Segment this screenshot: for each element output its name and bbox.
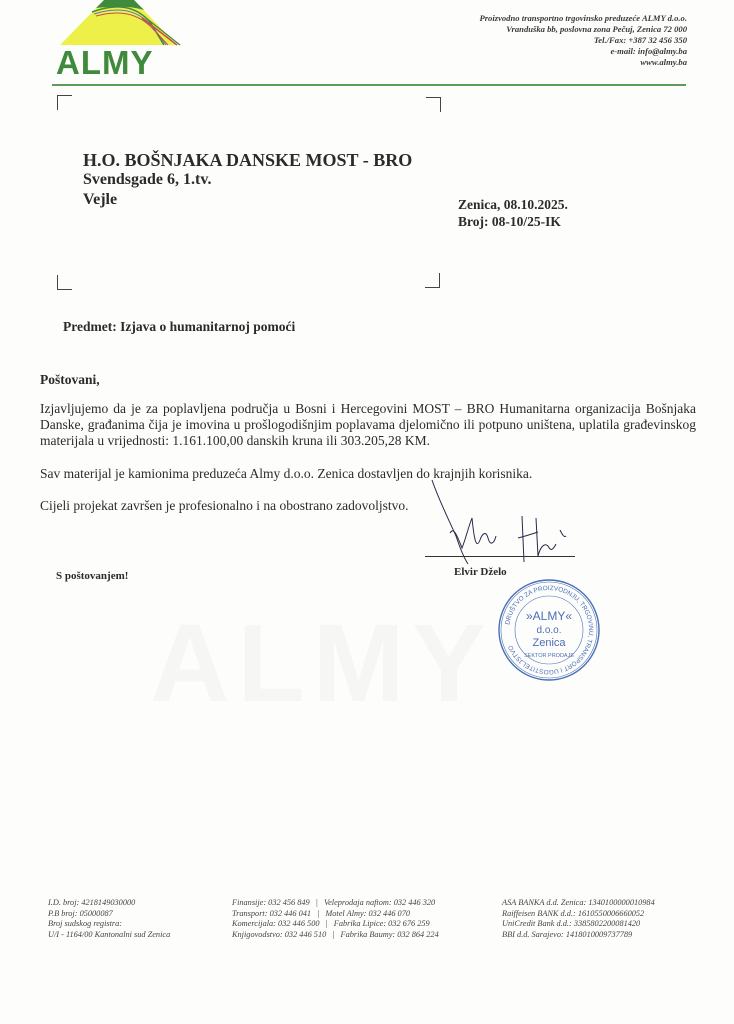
footer-phone-row: Finansije: 032 456 849|Veleprodaja nafto… — [232, 898, 439, 909]
footer-phone-row: Komercijala: 032 446 500|Fabrika Lipice:… — [232, 919, 439, 930]
recipient-city: Vejle — [83, 190, 412, 210]
corner-mark-bottom-right — [425, 273, 440, 288]
logo-mountain-icon — [52, 0, 187, 50]
corner-mark-top-right — [426, 97, 441, 112]
company-website: www.almy.ba — [479, 57, 687, 68]
stamp-city: Zenica — [532, 637, 566, 649]
separator: | — [320, 919, 334, 930]
date-block: Zenica, 08.10.2025. Broj: 08-10/25-IK — [458, 196, 568, 230]
reference-number: Broj: 08-10/25-IK — [458, 213, 568, 230]
paragraph-completion: Cijeli projekat završen je profesionalno… — [40, 498, 696, 514]
footer-bank-account: BBI d.d. Sarajevo: 1418010009737789 — [502, 930, 655, 941]
footer-pb-number: P.B broj: 05000087 — [48, 909, 170, 920]
logo-text: ALMY — [56, 44, 154, 82]
footer-phone: Finansije: 032 456 849 — [232, 898, 310, 907]
footer-banks: ASA BANKA d.d. Zenica: 1340100000010984 … — [502, 898, 655, 940]
header-rule — [52, 84, 686, 86]
footer-court-registry: U/I - 1164/00 Kantonalni sud Zenica — [48, 930, 170, 941]
recipient-block: H.O. BOŠNJAKA DANSKE MOST - BRO Svendsga… — [83, 150, 412, 210]
footer-phones: Finansije: 032 456 849|Veleprodaja nafto… — [232, 898, 439, 940]
signer-name: Elvir Dželo — [454, 566, 507, 578]
paragraph-declaration: Izjavljujemo da je za poplavljena područ… — [40, 401, 696, 449]
footer-id-number: I.D. broj: 4218149030000 — [48, 898, 170, 909]
recipient-name: H.O. BOŠNJAKA DANSKE MOST - BRO — [83, 150, 412, 170]
footer-phone: Motel Almy: 032 446 070 — [325, 909, 410, 918]
separator: | — [326, 930, 340, 941]
stamp-sector: SEKTOR PRODAJE — [524, 653, 574, 659]
footer-phone-row: Transport: 032 446 041|Motel Almy: 032 4… — [232, 909, 439, 920]
stamp-doo: d.o.o. — [536, 625, 561, 636]
signature-line — [425, 556, 575, 557]
greeting: Poštovani, — [40, 372, 100, 388]
separator: | — [311, 909, 325, 920]
corner-mark-top-left — [57, 95, 72, 110]
company-address: Vranduška bb, poslovna zona Pečuj, Zenic… — [479, 24, 687, 35]
footer-bank-account: Raiffeisen BANK d.d.: 1610550006660052 — [502, 909, 655, 920]
company-phone: Tel./Fax: +387 32 456 350 — [479, 35, 687, 46]
footer-phone: Fabrika Baumy: 032 864 224 — [341, 930, 439, 939]
handwritten-signature-icon — [410, 478, 590, 568]
footer-registration: I.D. broj: 4218149030000 P.B broj: 05000… — [48, 898, 170, 940]
footer-phone: Fabrika Lipice: 032 676 259 — [334, 919, 430, 928]
footer-phone-row: Knjigovodstvo: 032 446 510|Fabrika Baumy… — [232, 930, 439, 941]
footer-phone: Transport: 032 446 041 — [232, 909, 311, 918]
footer-bank-account: ASA BANKA d.d. Zenica: 1340100000010984 — [502, 898, 655, 909]
almy-logo: ALMY — [52, 0, 187, 80]
footer-bank-account: UniCredit Bank d.d.: 3385802200081420 — [502, 919, 655, 930]
recipient-address: Svendsgade 6, 1.tv. — [83, 170, 412, 190]
company-email: e-mail: info@almy.ba — [479, 46, 687, 57]
company-info: Proizvodno transportno trgovinsko preduz… — [479, 13, 687, 68]
paragraph-delivery: Sav materijal je kamionima preduzeća Alm… — [40, 466, 696, 482]
company-name: Proizvodno transportno trgovinsko preduz… — [479, 13, 687, 24]
corner-mark-bottom-left — [57, 275, 72, 290]
footer-court-registry-label: Broj sudskog registra: — [48, 919, 170, 930]
footer-phone: Veleprodaja naftom: 032 446 320 — [324, 898, 435, 907]
watermark: ALMY — [150, 600, 494, 727]
separator: | — [310, 898, 324, 909]
place-date: Zenica, 08.10.2025. — [458, 196, 568, 213]
closing: S poštovanjem! — [56, 570, 128, 582]
subject-line: Predmet: Izjava o humanitarnoj pomoći — [63, 319, 295, 335]
stamp-brand: »ALMY« — [526, 609, 572, 623]
footer-phone: Komercijala: 032 446 500 — [232, 919, 320, 928]
company-stamp-icon: DRUŠTVO ZA PROIZVODNJU, TRGOVINU, TRANSP… — [497, 578, 601, 682]
footer-phone: Knjigovodstvo: 032 446 510 — [232, 930, 326, 939]
